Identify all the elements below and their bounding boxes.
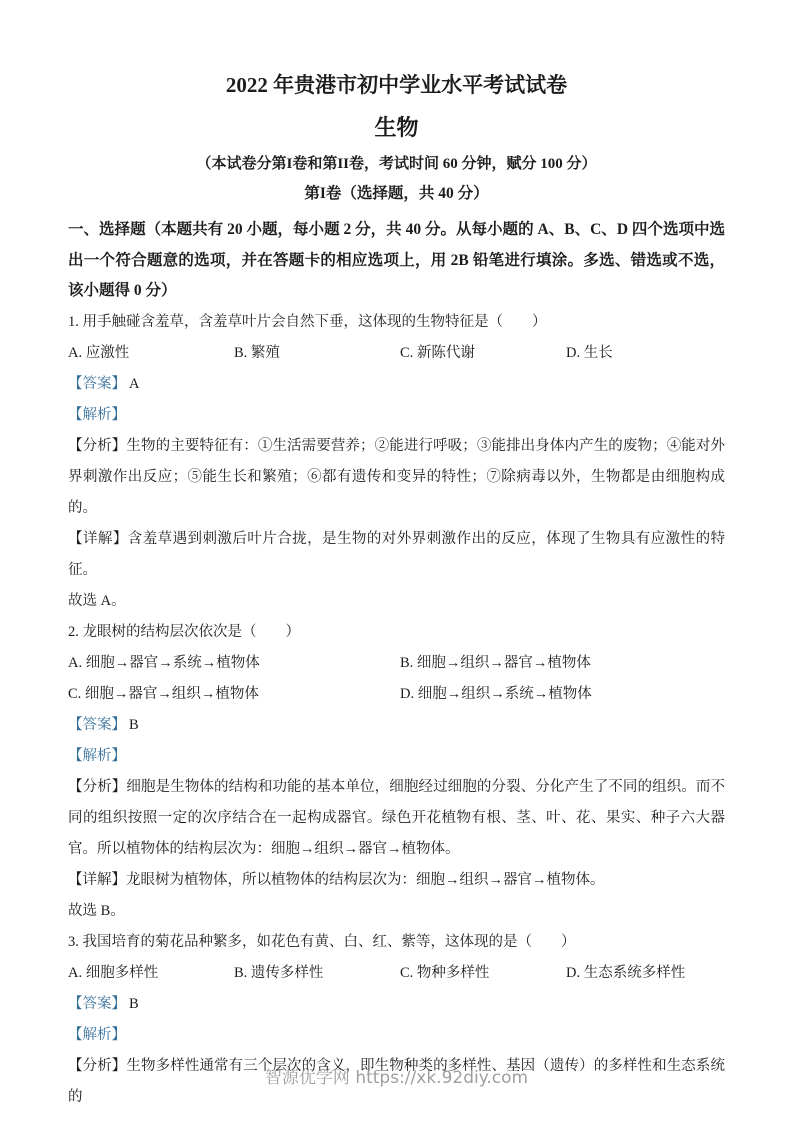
question-1-detail-line: 【详解】含羞草遇到刺激后叶片合拢，是生物的对外界刺激作出的反应，体现了生物具有应… (68, 524, 725, 586)
question-2-explanation-line: 【解析】 (68, 741, 725, 772)
question-2-option-a: A. 细胞→器官→系统→植物体 (68, 648, 400, 679)
section-title: 第I卷（选择题，共 40 分） (68, 180, 725, 208)
question-1-answer-value: A (129, 376, 139, 392)
explanation-label: 【解析】 (68, 1027, 126, 1043)
question-3-stem: 3. 我国培育的菊花品种繁多，如花色有黄、白、红、紫等，这体现的是（ ） (68, 927, 725, 958)
question-3-option-c: C. 物种多样性 (400, 958, 566, 989)
question-2-detail-text: 龙眼树为植物体，所以植物体的结构层次为：细胞→组织→器官→植物体。 (126, 872, 605, 888)
watermark-footer: 智源优学网 https://xk.92diy.com (0, 1066, 793, 1090)
exam-paper-page: 2022 年贵港市初中学业水平考试试卷 生物 （本试卷分第I卷和第II卷，考试时… (0, 0, 793, 1122)
question-1-option-b: B. 繁殖 (234, 338, 400, 369)
question-1-option-c: C. 新陈代谢 (400, 338, 566, 369)
question-3-explanation-line: 【解析】 (68, 1020, 725, 1051)
exam-subject: 生物 (68, 112, 725, 144)
question-3-option-b: B. 遗传多样性 (234, 958, 400, 989)
question-1-answer-line: 【答案】A (68, 369, 725, 400)
question-1-explanation-line: 【解析】 (68, 400, 725, 431)
question-3-option-d: D. 生态系统多样性 (566, 958, 725, 989)
question-1-analysis-text: 生物的主要特征有：①生活需要营养；②能进行呼吸；③能排出身体内产生的废物；④能对… (68, 438, 725, 516)
answer-label: 【答案】 (68, 717, 126, 733)
detail-label: 【详解】 (68, 531, 128, 547)
question-2-conclusion: 故选 B。 (68, 896, 725, 927)
question-1-option-a: A. 应激性 (68, 338, 234, 369)
exam-info-line: （本试卷分第I卷和第II卷，考试时间 60 分钟，赋分 100 分） (68, 150, 725, 178)
question-2-detail-line: 【详解】龙眼树为植物体，所以植物体的结构层次为：细胞→组织→器官→植物体。 (68, 865, 725, 896)
explanation-label: 【解析】 (68, 748, 126, 764)
answer-label: 【答案】 (68, 996, 126, 1012)
question-2-option-c: C. 细胞→器官→组织→植物体 (68, 679, 400, 710)
question-2: 2. 龙眼树的结构层次依次是（ ） A. 细胞→器官→系统→植物体 B. 细胞→… (68, 617, 725, 927)
question-1-option-d: D. 生长 (566, 338, 725, 369)
question-2-option-d: D. 细胞→组织→系统→植物体 (400, 679, 725, 710)
question-1-detail-text: 含羞草遇到刺激后叶片合拢，是生物的对外界刺激作出的反应，体现了生物具有应激性的特… (68, 531, 725, 578)
question-1-stem: 1. 用手触碰含羞草，含羞草叶片会自然下垂，这体现的生物特征是（ ） (68, 307, 725, 338)
question-3-answer-line: 【答案】B (68, 989, 725, 1020)
analysis-label: 【分析】 (68, 438, 126, 454)
question-1-options: A. 应激性 B. 繁殖 C. 新陈代谢 D. 生长 (68, 338, 725, 369)
analysis-label: 【分析】 (68, 779, 126, 795)
section-instructions: 一、选择题（本题共有 20 小题，每小题 2 分，共 40 分。从每小题的 A、… (68, 215, 725, 307)
question-2-option-b: B. 细胞→组织→器官→植物体 (400, 648, 725, 679)
question-1-analysis-line: 【分析】生物的主要特征有：①生活需要营养；②能进行呼吸；③能排出身体内产生的废物… (68, 431, 725, 524)
question-3-answer-value: B (129, 996, 139, 1012)
question-1: 1. 用手触碰含羞草，含羞草叶片会自然下垂，这体现的生物特征是（ ） A. 应激… (68, 307, 725, 617)
explanation-label: 【解析】 (68, 407, 126, 423)
answer-label: 【答案】 (68, 376, 126, 392)
question-2-analysis-text: 细胞是生物体的结构和功能的基本单位，细胞经过细胞的分裂、分化产生了不同的组织。而… (68, 779, 725, 857)
question-3-options: A. 细胞多样性 B. 遗传多样性 C. 物种多样性 D. 生态系统多样性 (68, 958, 725, 989)
question-2-answer-line: 【答案】B (68, 710, 725, 741)
question-2-answer-value: B (129, 717, 139, 733)
question-1-conclusion: 故选 A。 (68, 586, 725, 617)
question-3-option-a: A. 细胞多样性 (68, 958, 234, 989)
question-2-analysis-line: 【分析】细胞是生物体的结构和功能的基本单位，细胞经过细胞的分裂、分化产生了不同的… (68, 772, 725, 865)
question-2-stem: 2. 龙眼树的结构层次依次是（ ） (68, 617, 725, 648)
detail-label: 【详解】 (68, 872, 126, 888)
exam-title: 2022 年贵港市初中学业水平考试试卷 (68, 70, 725, 100)
question-2-options: A. 细胞→器官→系统→植物体 B. 细胞→组织→器官→植物体 C. 细胞→器官… (68, 648, 725, 710)
